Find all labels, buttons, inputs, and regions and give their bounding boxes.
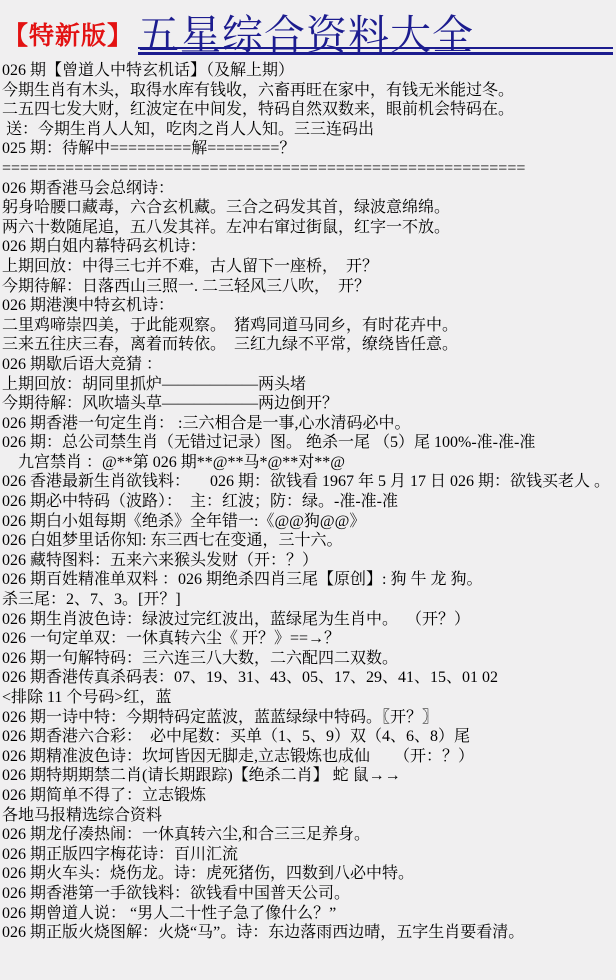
edition-badge: 【特新版】 — [3, 16, 133, 52]
text-line: 026 期香港一句定生肖： :三六相合是一事,心水清码必中。 — [2, 414, 616, 434]
text-line: 026 期一句解特码：三六连三八大数，二六配四二双数。 — [2, 649, 616, 669]
text-line: 今期待解：风吹墙头草——————两边倒开？ — [2, 394, 616, 414]
text-line: 026 期香港第一手欲钱料：欲钱看中国普天公司。 — [2, 884, 616, 904]
text-line: 026 期香港传真杀码表：07、19、31、43、05、17、29、41、15、… — [2, 668, 616, 688]
page-header: 【特新版】 五星综合资料大全 — [0, 0, 616, 60]
text-line: 026 期精准波色诗：坎坷皆因无脚走,立志锻炼也成仙 （开：？） — [2, 747, 616, 767]
text-line: 026 期【曾道人中特玄机话】（及解上期） — [2, 61, 616, 81]
text-line: 026 期龙仔凑热闹：一休真转六尘,和合三三足养身。 — [2, 825, 616, 845]
content-lines: 026 期【曾道人中特玄机话】（及解上期）今期生肖有木头，取得水库有钱收，六畜再… — [2, 61, 616, 943]
text-line: 026 一句定单双：一休真转六尘《 开？》==→？ — [2, 629, 616, 649]
text-line: 二里鸡啼崇四美，于此能观察。 猪鸡同道马同乡，有时花卉中。 — [2, 316, 616, 336]
text-line: 026 期特期期禁二肖(请长期跟踪)【绝杀二肖】 蛇 鼠→→ — [2, 766, 616, 786]
text-line: 026 期港澳中特玄机诗： — [2, 296, 616, 316]
text-line: 026 期：总公司禁生肖（无错过记录）图。 绝杀一尾 （5）尾 100%-准-准… — [2, 433, 616, 453]
text-line: 026 期正版火烧图解：火烧“马”。诗：东边落雨西边晴，五字生肖要看清。 — [2, 923, 616, 943]
text-line: 026 期曾道人说： “男人二十性子急了像什么？” — [2, 904, 616, 924]
title-underline — [138, 47, 613, 55]
text-line: ========================================… — [2, 159, 616, 179]
text-line: 送：今期生肖人人知，吃肉之肖人人知。三三连码出 — [2, 120, 616, 140]
text-line: 026 期白小姐每期《绝杀》全年错一:《@@狗@@》 — [2, 512, 616, 532]
text-line: 今期待解：日落西山三照一. 二三轻风三八吹， 开？ — [2, 277, 616, 297]
text-line: 026 期白姐内幕特码玄机诗： — [2, 237, 616, 257]
text-line: 026 期一诗中特：今期特码定蓝波，蓝蓝绿绿中特码。〖开？〗 — [2, 708, 616, 728]
text-line: 三来五往庆三春，离着而转依。 三红九绿不平常，缭绕皆任意。 — [2, 335, 616, 355]
text-line: 026 期香港马会总纲诗： — [2, 179, 616, 199]
text-line: 今期生肖有木头，取得水库有钱收，六畜再旺在家中，有钱无米能过冬。 — [2, 81, 616, 101]
text-line: 025 期：待解中=========解========？ — [2, 139, 616, 159]
text-line: 上期回放：中得三七并不难，古人留下一座桥， 开？ — [2, 257, 616, 277]
text-line: 026 期歇后语大竞猜 ： — [2, 355, 616, 375]
text-line: 026 期香港六合彩： 必中尾数：买单（1、5、9）双（4、6、8）尾 — [2, 727, 616, 747]
text-line: 各地马报精选综合资料 — [2, 806, 616, 826]
text-line: 上期回放：胡同里抓炉——————两头堵 — [2, 375, 616, 395]
text-line: <排除 11 个号码>红，蓝 — [2, 688, 616, 708]
text-line: 026 期百姓精准单双料 ：026 期绝杀四肖三尾【原创】: 狗 牛 龙 狗。 — [2, 570, 616, 590]
text-line: 026 香港最新生肖欲钱料： 026 期：欲钱看 1967 年 5 月 17 日… — [2, 472, 616, 492]
text-line: 两六十数随尾追，五八发其祥。左冲右窜过街鼠，红字一不放。 — [2, 218, 616, 238]
text-line: 二五四七发大财，红波定在中间发，特码自然双数来，眼前机会特码在。 — [2, 100, 616, 120]
text-line: 026 藏特图料：五来六来猴头发财（开：？） — [2, 551, 616, 571]
text-line: 026 期正版四字梅花诗：百川汇流 — [2, 845, 616, 865]
text-line: 026 期必中特码（波路）： 主：红波；防：绿。-准-准-准 — [2, 492, 616, 512]
text-line: 躬身哈腰口藏毒，六合玄机藏。三合之码发其首，绿波意绵绵。 — [2, 198, 616, 218]
text-line: 026 白姐梦里话你知: 东三西七在变通，三十六。 — [2, 531, 616, 551]
text-line: 九宫禁肖 ：@**第 026 期**@**马*@**对**@ — [2, 453, 616, 473]
text-line: 026 期火车头：烧伤龙。诗：虎死猪伤，四数到八必中特。 — [2, 864, 616, 884]
text-line: 杀三尾：2、7、3。[开？] — [2, 590, 616, 610]
text-line: 026 期简单不得了：立志锻炼 — [2, 786, 616, 806]
text-line: 026 期生肖波色诗：绿波过完红波出，蓝绿尾为生肖中。 （开？） — [2, 610, 616, 630]
